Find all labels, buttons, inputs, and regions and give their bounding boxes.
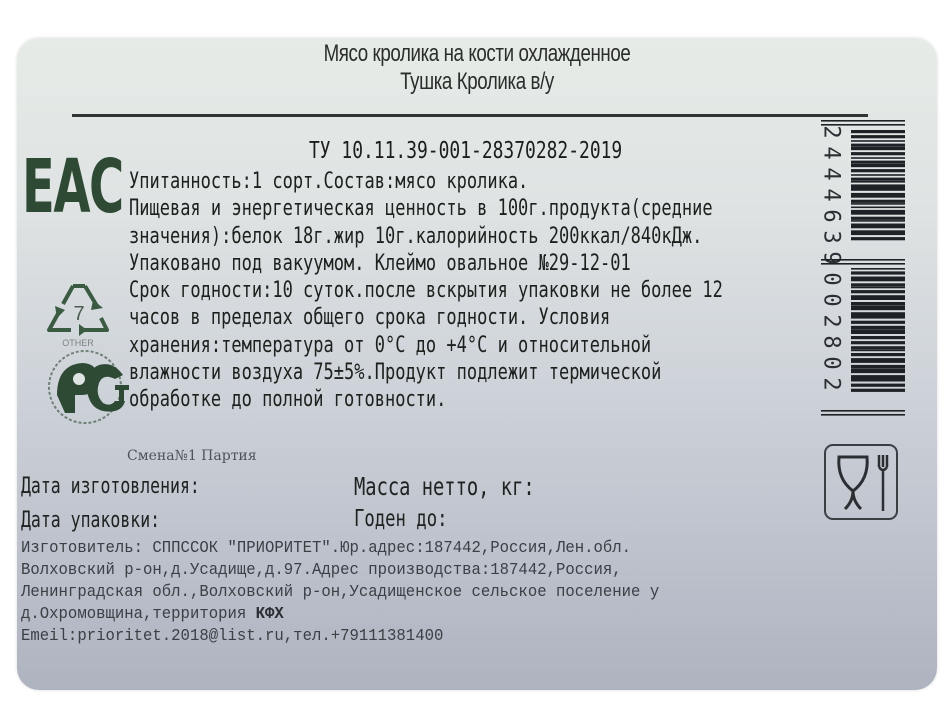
packing-date-label: Дата упаковки: [21, 508, 160, 533]
svg-text:0: 0 [819, 272, 844, 285]
svg-text:2: 2 [819, 125, 844, 138]
product-subtitle: Тушка Кролика в/у [118, 68, 836, 96]
manufacturer-line: Emeil:prioritet.2018@list.ru,тел.+791113… [21, 626, 937, 648]
manufacturer-line: Ленинградская обл.,Волховский р-он,Усади… [21, 582, 937, 604]
description-line: значения):белок 18г.жир 10г.калорийность… [129, 223, 809, 250]
manufacturer-info: Изготовитель: СППССОК "ПРИОРИТЕТ".Юр.адр… [21, 538, 937, 648]
svg-text:2: 2 [819, 377, 844, 390]
net-weight-label: Масса нетто, кг: [354, 472, 535, 501]
shift-batch-label: Смена№1 Партия [127, 448, 257, 464]
svg-text:6: 6 [819, 209, 844, 222]
best-before-label: Годен до: [354, 506, 447, 532]
svg-text:9: 9 [819, 251, 844, 264]
manufacturer-line: Волховский р-он,д.Усадище,д.97.Адрес про… [21, 560, 937, 582]
description-line: Упаковано под вакуумом. Клеймо овальное … [129, 250, 809, 277]
description-line: Упитанность:1 сорт.Состав:мясо кролика. [129, 168, 809, 195]
divider [72, 114, 868, 117]
description-line: хранения:температура от 0°C до +4°C и от… [129, 332, 809, 359]
svg-text:7: 7 [73, 303, 84, 325]
pct-certification-icon [37, 335, 137, 435]
description-line: обработке до полной готовности. [129, 386, 809, 413]
svg-text:0: 0 [819, 293, 844, 306]
svg-text:4: 4 [819, 146, 844, 159]
product-description: Упитанность:1 сорт.Состав:мясо кролика.П… [129, 168, 809, 414]
svg-text:4: 4 [819, 167, 844, 180]
eac-mark-icon: EAC [22, 150, 123, 224]
svg-text:0: 0 [819, 356, 844, 369]
manufacture-date-label: Дата изготовления: [21, 474, 200, 499]
food-contact-glass-fork-icon [823, 443, 899, 521]
svg-text:3: 3 [819, 230, 844, 243]
description-line: Срок годности:10 суток.после вскрытия уп… [129, 277, 809, 304]
technical-standard: ТУ 10.11.39-001-28370282-2019 [309, 138, 622, 164]
product-title: Мясо кролика на кости охлажденное [118, 40, 836, 68]
barcode: 2444639002802 [819, 116, 919, 416]
product-label: Мясо кролика на кости охлажденное Тушка … [17, 38, 937, 690]
description-line: влажности воздуха 75±5%.Продукт подлежит… [129, 359, 809, 386]
svg-text:2: 2 [819, 314, 844, 327]
description-line: часов в пределах общего срока годности. … [129, 304, 809, 331]
svg-text:4: 4 [819, 188, 844, 201]
manufacturer-line: Изготовитель: СППССОК "ПРИОРИТЕТ".Юр.адр… [21, 538, 937, 560]
svg-text:8: 8 [819, 335, 844, 348]
description-line: Пищевая и энергетическая ценность в 100г… [129, 195, 809, 222]
manufacturer-line: д.Охромовщина,территория КФХ [21, 604, 937, 626]
